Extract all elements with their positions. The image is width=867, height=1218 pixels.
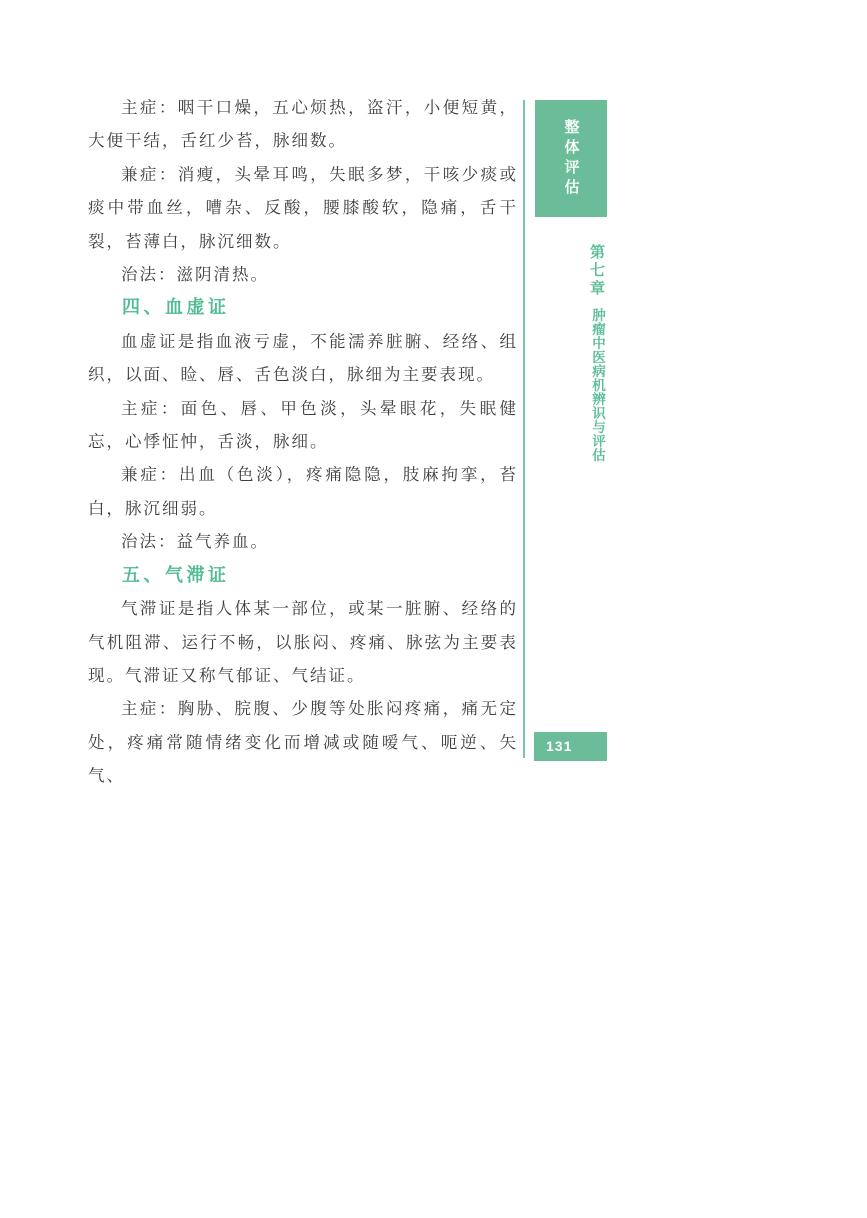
body-text-column: 主症：咽干口燥，五心烦热，盗汗，小便短黄，大便干结，舌红少苔，脉细数。 兼症：消… [88, 91, 518, 793]
paragraph: 兼症：出血（色淡），疼痛隐隐，肢麻拘挛，苔白，脉沉细弱。 [88, 458, 518, 525]
section-heading: 五、气滞证 [88, 559, 518, 592]
paragraph: 主症：胸胁、脘腹、少腹等处胀闷疼痛，痛无定处，疼痛常随情绪变化而增减或随嗳气、呃… [88, 692, 518, 792]
paragraph: 兼症：消瘦，头晕耳鸣，失眠多梦，干咳少痰或痰中带血丝，嘈杂、反酸，腰膝酸软，隐痛… [88, 158, 518, 258]
paragraph: 主症：咽干口燥，五心烦热，盗汗，小便短黄，大便干结，舌红少苔，脉细数。 [88, 91, 518, 158]
section-heading: 四、血虚证 [88, 291, 518, 324]
paragraph: 治法：滋阴清热。 [88, 258, 518, 291]
chapter-label: 第七章肿瘤中医病机辨识与评估 [535, 240, 607, 465]
paragraph: 血虚证是指血液亏虚，不能濡养脏腑、经络、组织，以面、睑、唇、舌色淡白，脉细为主要… [88, 325, 518, 392]
chapter-number: 第七章 [535, 244, 607, 298]
sidebar-divider-rule [523, 100, 525, 758]
book-page: 主症：咽干口燥，五心烦热，盗汗，小便短黄，大便干结，舌红少苔，脉细数。 兼症：消… [0, 0, 867, 1218]
part-tab: 整体评估 [535, 100, 607, 217]
paragraph: 治法：益气养血。 [88, 525, 518, 558]
part-tab-label: 整体评估 [561, 119, 582, 199]
chapter-title: 肿瘤中医病机辨识与评估 [535, 308, 607, 462]
paragraph: 主症：面色、唇、甲色淡，头晕眼花，失眠健忘，心悸怔忡，舌淡，脉细。 [88, 392, 518, 459]
page-number-badge: 131 [534, 732, 607, 761]
paragraph: 气滞证是指人体某一部位，或某一脏腑、经络的气机阻滞、运行不畅，以胀闷、疼痛、脉弦… [88, 592, 518, 692]
